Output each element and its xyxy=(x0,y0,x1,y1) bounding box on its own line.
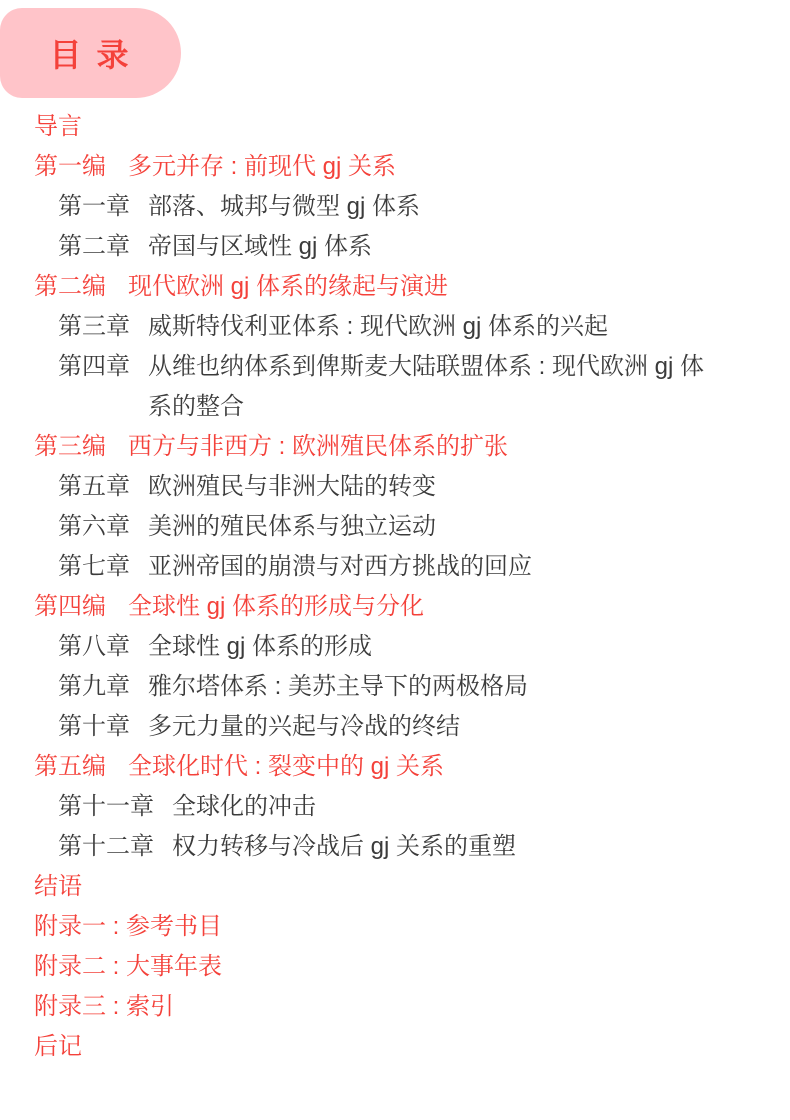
toc-chapter-title: 权力转移与冷战后 gj 关系的重塑 xyxy=(172,827,516,867)
toc-row-chapter[interactable]: 第四章从维也纳体系到俾斯麦大陆联盟体系 : 现代欧洲 gj 体系的整合 xyxy=(0,347,790,427)
toc-row-chapter[interactable]: 第五章欧洲殖民与非洲大陆的转变 xyxy=(0,467,790,507)
toc-chapter-title: 全球性 gj 体系的形成 xyxy=(148,627,372,667)
toc-row-part[interactable]: 第四编全球性 gj 体系的形成与分化 xyxy=(0,587,790,627)
toc-row-chapter[interactable]: 第二章帝国与区域性 gj 体系 xyxy=(0,227,790,267)
toc-section-label: 导言 xyxy=(34,107,82,147)
toc-chapter-number: 第七章 xyxy=(58,547,130,587)
toc-part-title: 全球性 gj 体系的形成与分化 xyxy=(128,587,424,627)
toc-chapter-number: 第二章 xyxy=(58,227,130,267)
toc-row-chapter[interactable]: 第十一章全球化的冲击 xyxy=(0,787,790,827)
toc-chapter-title: 全球化的冲击 xyxy=(172,787,316,827)
toc-row-section[interactable]: 后记 xyxy=(0,1027,790,1067)
toc-row-chapter[interactable]: 第十章多元力量的兴起与冷战的终结 xyxy=(0,707,790,747)
toc-page: 目 录 导言第一编多元并存 : 前现代 gj 关系第一章部落、城邦与微型 gj … xyxy=(0,8,790,1120)
toc-chapter-number: 第六章 xyxy=(58,507,130,547)
toc-part-title: 西方与非西方 : 欧洲殖民体系的扩张 xyxy=(128,427,508,467)
toc-row-section[interactable]: 附录一 : 参考书目 xyxy=(0,907,790,947)
toc-chapter-number: 第三章 xyxy=(58,307,130,347)
toc-section-label: 结语 xyxy=(34,867,82,907)
toc-chapter-title: 帝国与区域性 gj 体系 xyxy=(148,227,372,267)
toc-section-label: 附录三 : 索引 xyxy=(34,987,174,1027)
toc-row-chapter[interactable]: 第七章亚洲帝国的崩溃与对西方挑战的回应 xyxy=(0,547,790,587)
toc-chapter-title: 欧洲殖民与非洲大陆的转变 xyxy=(148,467,436,507)
toc-row-section[interactable]: 附录二 : 大事年表 xyxy=(0,947,790,987)
toc-row-part[interactable]: 第二编现代欧洲 gj 体系的缘起与演进 xyxy=(0,267,790,307)
toc-row-chapter[interactable]: 第十二章权力转移与冷战后 gj 关系的重塑 xyxy=(0,827,790,867)
toc-chapter-number: 第四章 xyxy=(58,347,130,387)
toc-chapter-title: 部落、城邦与微型 gj 体系 xyxy=(148,187,420,227)
toc-chapter-number: 第九章 xyxy=(58,667,130,707)
toc-part-title: 全球化时代 : 裂变中的 gj 关系 xyxy=(128,747,444,787)
toc-chapter-title: 多元力量的兴起与冷战的终结 xyxy=(148,707,460,747)
toc-chapter-number: 第十一章 xyxy=(58,787,154,827)
toc-chapter-number: 第一章 xyxy=(58,187,130,227)
toc-row-section[interactable]: 结语 xyxy=(0,867,790,907)
toc-chapter-number: 第五章 xyxy=(58,467,130,507)
toc-part-number: 第一编 xyxy=(34,147,106,187)
toc-row-section[interactable]: 导言 xyxy=(0,107,790,147)
toc-row-chapter[interactable]: 第六章美洲的殖民体系与独立运动 xyxy=(0,507,790,547)
toc-page-title: 目 录 xyxy=(50,30,132,76)
toc-part-title: 多元并存 : 前现代 gj 关系 xyxy=(128,147,396,187)
toc-row-section[interactable]: 附录三 : 索引 xyxy=(0,987,790,1027)
toc-chapter-number: 第十二章 xyxy=(58,827,154,867)
toc-part-number: 第三编 xyxy=(34,427,106,467)
toc-part-number: 第二编 xyxy=(34,267,106,307)
toc-part-number: 第五编 xyxy=(34,747,106,787)
toc-row-chapter[interactable]: 第九章雅尔塔体系 : 美苏主导下的两极格局 xyxy=(0,667,790,707)
toc-chapter-number: 第十章 xyxy=(58,707,130,747)
toc-part-title: 现代欧洲 gj 体系的缘起与演进 xyxy=(128,267,448,307)
toc-row-part[interactable]: 第一编多元并存 : 前现代 gj 关系 xyxy=(0,147,790,187)
toc-chapter-number: 第八章 xyxy=(58,627,130,667)
toc-section-label: 附录二 : 大事年表 xyxy=(34,947,222,987)
toc-list: 导言第一编多元并存 : 前现代 gj 关系第一章部落、城邦与微型 gj 体系第二… xyxy=(0,107,790,1067)
toc-header-badge: 目 录 xyxy=(0,8,181,98)
toc-chapter-title: 从维也纳体系到俾斯麦大陆联盟体系 : 现代欧洲 gj 体系的整合 xyxy=(148,347,726,427)
toc-row-chapter[interactable]: 第一章部落、城邦与微型 gj 体系 xyxy=(0,187,790,227)
toc-row-chapter[interactable]: 第八章全球性 gj 体系的形成 xyxy=(0,627,790,667)
toc-chapter-title: 亚洲帝国的崩溃与对西方挑战的回应 xyxy=(148,547,532,587)
toc-row-chapter[interactable]: 第三章威斯特伐利亚体系 : 现代欧洲 gj 体系的兴起 xyxy=(0,307,790,347)
toc-chapter-title: 美洲的殖民体系与独立运动 xyxy=(148,507,436,547)
toc-row-part[interactable]: 第三编西方与非西方 : 欧洲殖民体系的扩张 xyxy=(0,427,790,467)
toc-row-part[interactable]: 第五编全球化时代 : 裂变中的 gj 关系 xyxy=(0,747,790,787)
toc-chapter-title: 威斯特伐利亚体系 : 现代欧洲 gj 体系的兴起 xyxy=(148,307,608,347)
toc-section-label: 附录一 : 参考书目 xyxy=(34,907,222,947)
toc-section-label: 后记 xyxy=(34,1027,82,1067)
toc-chapter-title: 雅尔塔体系 : 美苏主导下的两极格局 xyxy=(148,667,528,707)
toc-part-number: 第四编 xyxy=(34,587,106,627)
